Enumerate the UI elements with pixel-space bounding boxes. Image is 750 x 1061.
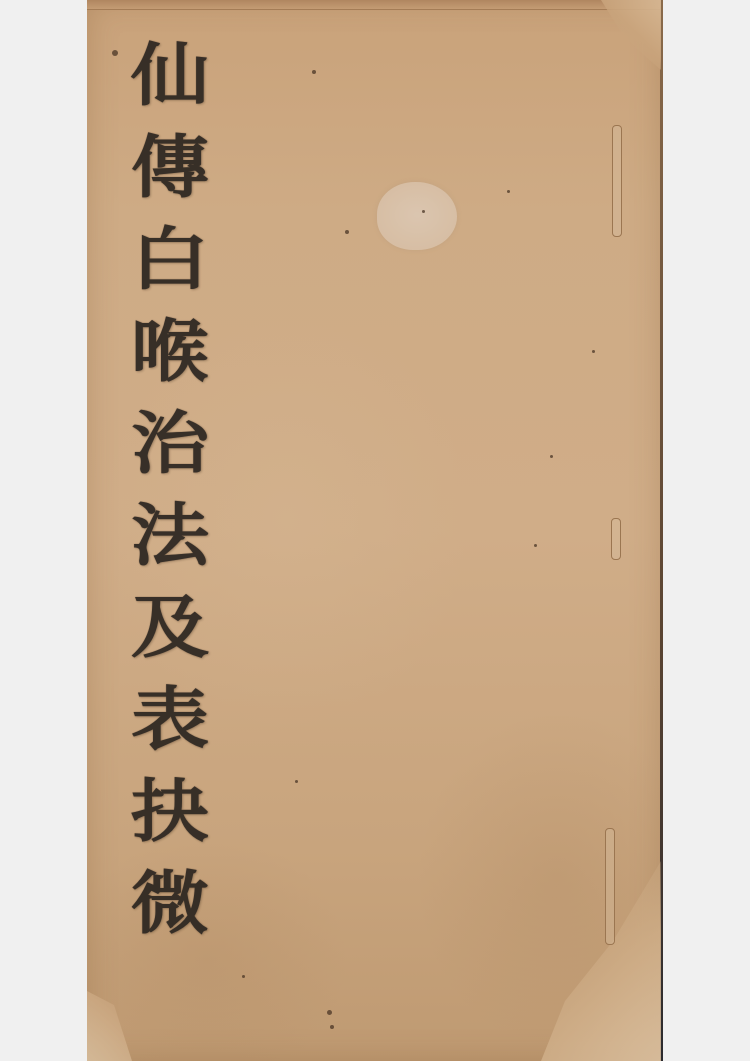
ink-speck [534, 544, 537, 547]
book-cover: 仙 傳 白 喉 治 法 及 表 抉 微 [87, 0, 661, 1061]
title-char: 抉 [131, 766, 209, 858]
title-char: 微 [131, 858, 209, 950]
ink-speck [422, 210, 425, 213]
document-viewer: 仙 傳 白 喉 治 法 及 表 抉 微 [0, 0, 750, 1061]
torn-corner-bottom-right [541, 861, 661, 1061]
ink-speck [327, 1010, 332, 1015]
ink-speck [242, 975, 245, 978]
water-stain [377, 182, 457, 250]
binding-stitch [611, 518, 621, 560]
torn-corner-bottom-left [87, 991, 132, 1061]
ink-speck [345, 230, 349, 234]
ink-speck [550, 455, 553, 458]
title-vertical: 仙 傳 白 喉 治 法 及 表 抉 微 [95, 30, 245, 950]
cover-top-edge [87, 0, 661, 10]
title-char: 治 [131, 398, 209, 490]
title-char: 及 [131, 582, 209, 674]
binding-stitch [612, 125, 622, 237]
ink-speck [330, 1025, 334, 1029]
title-char: 喉 [131, 306, 209, 398]
ink-speck [592, 350, 595, 353]
title-char: 法 [131, 490, 209, 582]
title-char: 表 [131, 674, 209, 766]
binding-stitch [605, 828, 615, 945]
ink-speck [312, 70, 316, 74]
title-char: 白 [131, 214, 209, 306]
ink-speck [295, 780, 298, 783]
torn-corner-top-right [601, 0, 661, 70]
title-char: 仙 [131, 30, 209, 122]
ink-speck [507, 190, 510, 193]
title-char: 傳 [131, 122, 209, 214]
